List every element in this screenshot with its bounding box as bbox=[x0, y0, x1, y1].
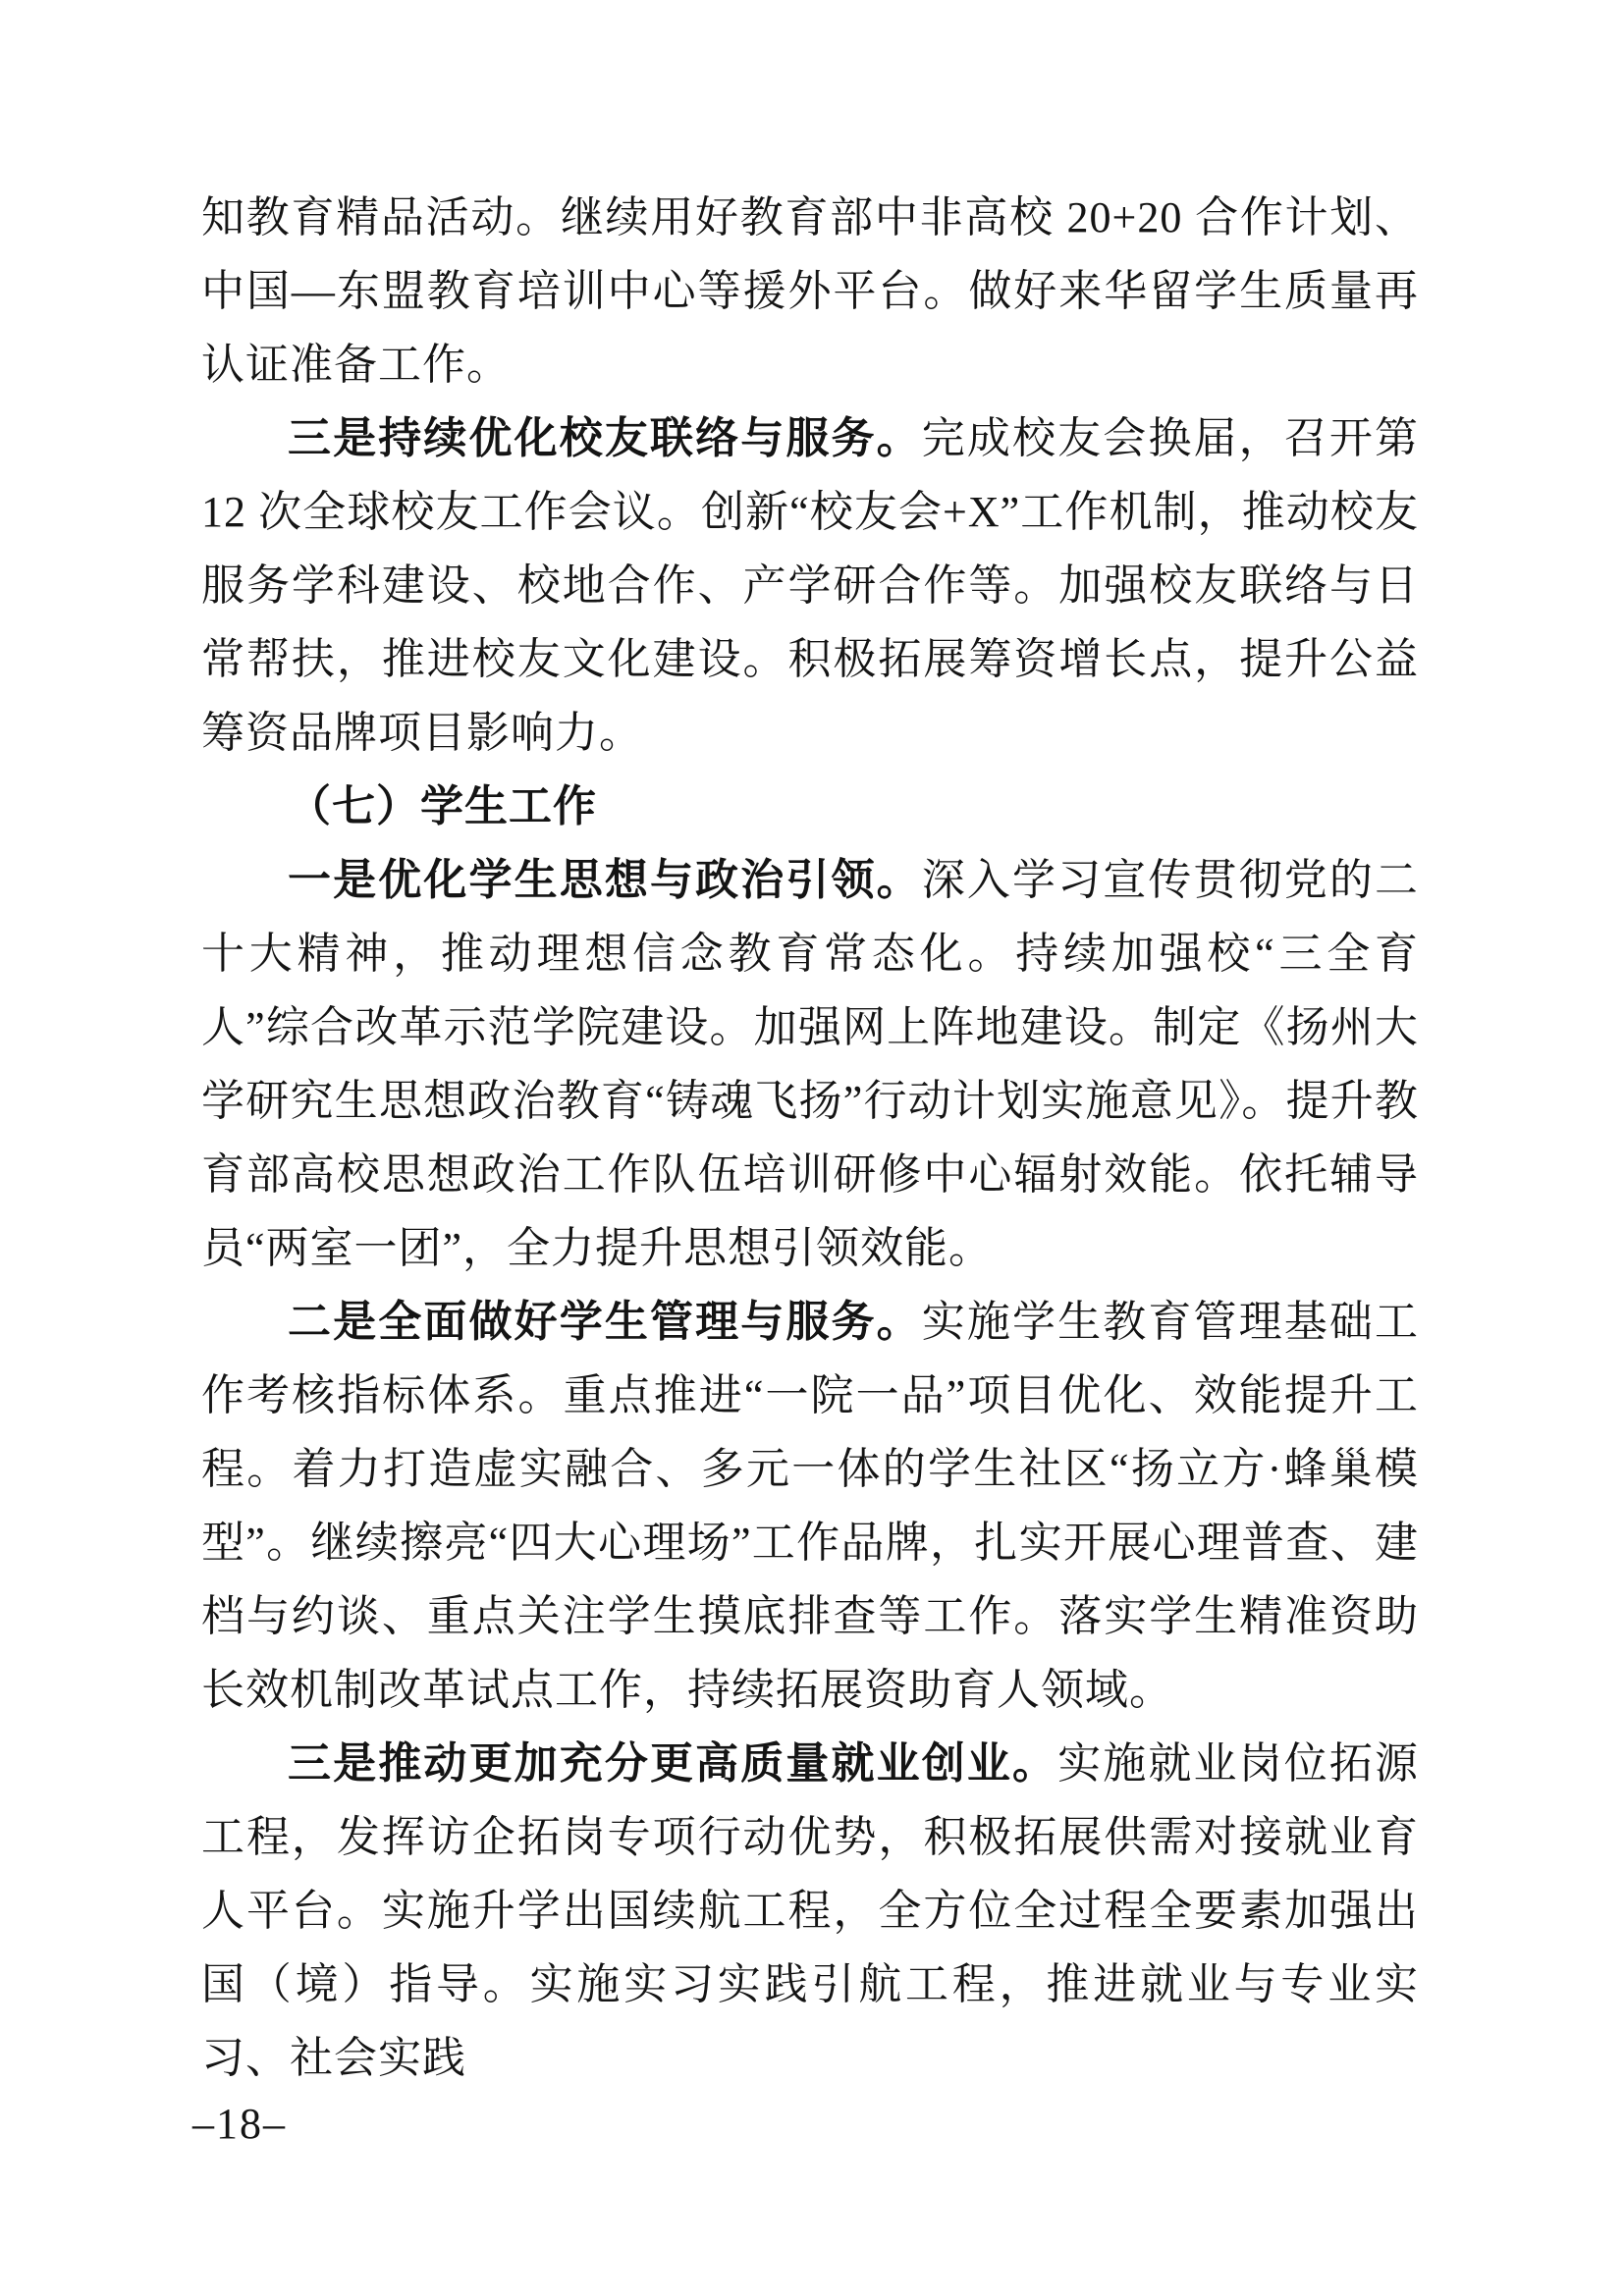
section-heading: （七）学生工作 bbox=[201, 770, 1419, 843]
paragraph-lead: 一是优化学生思想与政治引领。 bbox=[288, 856, 922, 904]
paragraph: 二是全面做好学生管理与服务。实施学生教育管理基础工作考核指标体系。重点推进“一院… bbox=[201, 1285, 1419, 1727]
paragraph: 三是持续优化校友联络与服务。完成校友会换届，召开第 12 次全球校友工作会议。创… bbox=[201, 401, 1419, 770]
paragraph-lead: 三是推动更加充分更高质量就业创业。 bbox=[288, 1739, 1057, 1788]
page-number: –18– bbox=[192, 2099, 287, 2149]
paragraph: 一是优化学生思想与政治引领。深入学习宣传贯彻党的二十大精神，推动理想信念教育常态… bbox=[201, 843, 1419, 1285]
document-page: 知教育精品活动。继续用好教育部中非高校 20+20 合作计划、中国—东盟教育培训… bbox=[0, 0, 1624, 2296]
paragraph: 知教育精品活动。继续用好教育部中非高校 20+20 合作计划、中国—东盟教育培训… bbox=[201, 181, 1419, 401]
paragraph-lead: 二是全面做好学生管理与服务。 bbox=[288, 1298, 922, 1346]
paragraph-lead: 三是持续优化校友联络与服务。 bbox=[288, 414, 922, 462]
document-body: 知教育精品活动。继续用好教育部中非高校 20+20 合作计划、中国—东盟教育培训… bbox=[201, 181, 1419, 2095]
paragraph: 三是推动更加充分更高质量就业创业。实施就业岗位拓源工程，发挥访企拓岗专项行动优势… bbox=[201, 1727, 1419, 2095]
